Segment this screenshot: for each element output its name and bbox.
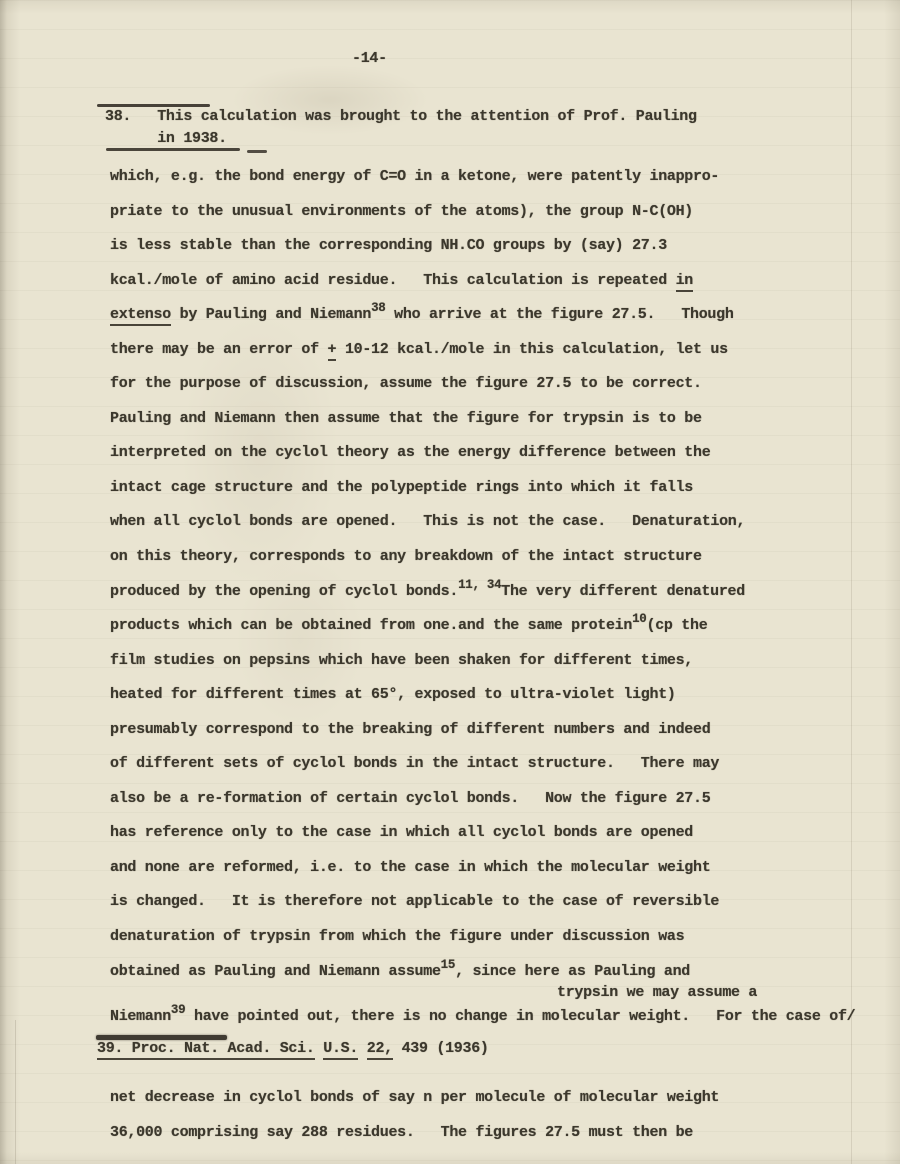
page-number: -14- [352,50,387,67]
text-segment: which, e.g. the bond energy of C=O in a … [110,168,719,185]
typescript-line: net decrease in cyclol bonds of say n pe… [110,1080,719,1115]
underlined-text: 39. Proc. Nat. Acad. Sci. [97,1040,315,1060]
underlined-text: U.S. [323,1040,358,1060]
typescript-line: is less stable than the corresponding NH… [110,229,745,264]
footnote-38-underline-dash [247,150,267,153]
superscript-reference: 15 [441,948,455,983]
body-text-block-upper: which, e.g. the bond energy of C=O in a … [110,160,745,989]
text-segment: priate to the unusual environments of th… [110,203,693,220]
typescript-line: heated for different times at 65°, expos… [110,678,745,713]
paper-crease-right [851,0,852,1164]
typescript-line: 36,000 comprising say 288 residues. The … [110,1115,719,1150]
text-segment: denaturation of trypsin from which the f… [110,928,684,945]
text-segment [358,1040,367,1057]
typescript-page: -14- 38. This calculation was brought to… [0,0,900,1164]
text-segment: also be a re-formation of certain cyclol… [110,790,710,807]
underlined-text: in [676,272,693,292]
typescript-line: for the purpose of discussion, assume th… [110,367,745,402]
typescript-line: intact cage structure and the polypeptid… [110,471,745,506]
text-segment: obtained as Pauling and Niemann assume [110,963,441,980]
typescript-line: of different sets of cyclol bonds in the… [110,747,745,782]
typescript-line: extenso by Pauling and Niemann38 who arr… [110,298,745,333]
typescript-line: Pauling and Niemann then assume that the… [110,402,745,437]
text-segment: there may be an error of [110,341,328,358]
text-segment: trypsin we may assume a [557,984,757,1001]
footnote-38: 38. This calculation was brought to the … [105,106,697,149]
typescript-line: which, e.g. the bond energy of C=O in a … [110,160,745,195]
typescript-line: interpreted on the cyclol theory as the … [110,436,745,471]
text-segment: and none are reformed, i.e. to the case … [110,859,710,876]
text-segment: 36,000 comprising say 288 residues. The … [110,1124,693,1141]
typescript-line: on this theory, corresponds to any break… [110,540,745,575]
text-segment: kcal./mole of amino acid residue. This c… [110,272,676,289]
text-segment: has reference only to the case in which … [110,824,693,841]
interlined-insertion: trypsin we may assume a [557,984,757,1001]
superscript-reference: 10 [632,602,646,637]
text-segment: have pointed out, there is no change in … [185,1008,855,1025]
paper-crease-left [15,1020,16,1164]
text-segment: The very different denatured [501,583,745,600]
text-segment: net decrease in cyclol bonds of say n pe… [110,1089,719,1106]
superscript-reference: 38 [371,291,385,326]
footnote-line: 38. This calculation was brought to the … [105,106,697,128]
underlined-text: 22, [367,1040,393,1060]
typescript-line: presumably correspond to the breaking of… [110,713,745,748]
text-segment: on this theory, corresponds to any break… [110,548,702,565]
text-segment: is less stable than the corresponding NH… [110,237,667,254]
footnote-38-underline-rule [106,148,240,151]
typescript-line: produced by the opening of cyclol bonds.… [110,575,745,610]
typescript-line: there may be an error of + 10-12 kcal./m… [110,333,745,368]
text-segment: 10-12 kcal./mole in this calculation, le… [336,341,728,358]
text-segment: heated for different times at 65°, expos… [110,686,676,703]
text-segment [315,1040,324,1057]
typescript-line: film studies on pepsins which have been … [110,644,745,679]
typescript-line: when all cyclol bonds are opened. This i… [110,505,745,540]
text-segment: 38. This calculation was brought to the … [105,108,697,125]
typescript-line: denaturation of trypsin from which the f… [110,920,745,955]
footnote-39: 39. Proc. Nat. Acad. Sci. U.S. 22, 439 (… [97,1040,489,1057]
text-segment: interpreted on the cyclol theory as the … [110,444,710,461]
text-segment: presumably correspond to the breaking of… [110,721,710,738]
text-segment: Niemann [110,1008,171,1025]
text-segment: when all cyclol bonds are opened. This i… [110,513,745,530]
superscript-reference: 11, 34 [458,568,501,603]
text-segment: who arrive at the figure 27.5. Though [385,306,733,323]
text-segment: products which can be obtained from one.… [110,617,632,634]
text-segment: (cp the [647,617,708,634]
typescript-line: kcal./mole of amino acid residue. This c… [110,264,745,299]
text-segment: Pauling and Niemann then assume that the… [110,410,702,427]
text-segment: produced by the opening of cyclol bonds. [110,583,458,600]
text-segment: for the purpose of discussion, assume th… [110,375,702,392]
typescript-line: priate to the unusual environments of th… [110,195,745,230]
text-segment: , since here as Pauling and [455,963,690,980]
text-segment: intact cage structure and the polypeptid… [110,479,693,496]
text-segment: 439 (1936) [393,1040,489,1057]
text-segment: film studies on pepsins which have been … [110,652,693,669]
typescript-line: is changed. It is therefore not applicab… [110,885,745,920]
body-line-overflowing-right: Niemann39 have pointed out, there is no … [110,1008,855,1025]
typescript-line: and none are reformed, i.e. to the case … [110,851,745,886]
typescript-line: products which can be obtained from one.… [110,609,745,644]
underlined-text: extenso [110,306,171,326]
typescript-line: has reference only to the case in which … [110,816,745,851]
underlined-text: + [328,341,337,361]
body-text-block-lower: net decrease in cyclol bonds of say n pe… [110,1080,719,1150]
text-segment: is changed. It is therefore not applicab… [110,893,719,910]
footnote-line: in 1938. [105,128,697,150]
superscript-reference: 39 [171,1003,185,1017]
text-segment: by Pauling and Niemann [171,306,371,323]
typescript-line: also be a re-formation of certain cyclol… [110,782,745,817]
text-segment: in 1938. [105,130,227,147]
text-segment: of different sets of cyclol bonds in the… [110,755,719,772]
